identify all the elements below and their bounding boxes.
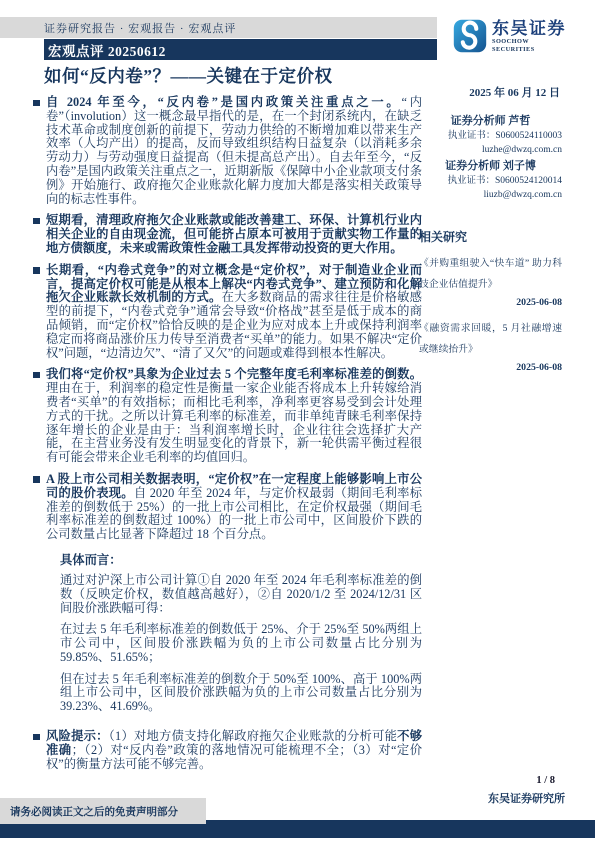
report-date: 2025 年 06 月 12 日 bbox=[419, 84, 562, 100]
sidebar: 2025 年 06 月 12 日 证券分析师 芦哲 执业证书：S06005241… bbox=[419, 84, 562, 383]
report-tag: 宏观点评 20250612 bbox=[48, 40, 166, 60]
bullet-rest: 理由在于，利润率的稳定性是衡量一家企业能否将成本上升转嫁给消费者“买单”的有效指… bbox=[46, 381, 422, 464]
detail-paragraph: 通过对沪深上市公司计算①自 2020 年至 2024 年毛利率标准差的倒数（反映… bbox=[60, 574, 422, 615]
analyst-license: 执业证书：S0600524110003 bbox=[419, 129, 562, 143]
related-item-title[interactable]: 《并购重组驶入“快车道” 助力科技企业估值提升》 bbox=[419, 253, 562, 295]
bullet-paragraph: 自 2024 年至今，“反内卷”是国内政策关注重点之一。“内卷”（involut… bbox=[46, 96, 422, 206]
square-bullet-icon bbox=[33, 264, 46, 361]
report-page: 证券研究报告 · 宏观报告 · 宏观点评 宏观点评 20250612 如何“反内… bbox=[0, 0, 595, 842]
bullet-rest: “内卷”（involution）这一概念最早指代的是，在一个封闭系统内，在缺乏技… bbox=[46, 95, 422, 206]
related-research-item[interactable]: 《融资需求回暖，5 月社融增速或继续抬升》 2025-06-08 bbox=[419, 318, 562, 375]
report-body: 自 2024 年至今，“反内卷”是国内政策关注重点之一。“内卷”（involut… bbox=[33, 96, 422, 779]
analyst-name: 证券分析师 芦哲 bbox=[419, 114, 562, 129]
analyst-block: 证券分析师 芦哲 执业证书：S0600524110003 luzhe@dwzq.… bbox=[419, 114, 562, 157]
page-title: 如何“反内卷”？——关键在于定价权 bbox=[44, 63, 444, 88]
disclaimer-text: 请务必阅读正文之后的免责声明部分 bbox=[10, 804, 178, 819]
breadcrumb-bar: 证券研究报告 · 宏观报告 · 宏观点评 bbox=[0, 17, 437, 38]
related-research-item[interactable]: 《并购重组驶入“快车道” 助力科技企业估值提升》 2025-06-08 bbox=[419, 253, 562, 310]
soochow-logo-icon bbox=[452, 18, 488, 54]
logo-cn: 东吴证券 bbox=[492, 19, 572, 38]
bullet-paragraph: 长期看，“内卷式竞争”的对立概念是“定价权”，对于制造业企业而言，提高定价权可能… bbox=[46, 264, 422, 361]
research-institute: 东吴证券研究所 bbox=[488, 790, 565, 806]
bullet-lead: 我们将“定价权”具象为企业过去 5 个完整年度毛利率标准差的倒数。 bbox=[46, 367, 422, 381]
risk-warning-bullet: 风险提示：（1）对地方债支持化解政府拖欠企业账款的分析可能不够准确；（2）对“反… bbox=[33, 730, 422, 771]
bullet-paragraph: A 股上市公司相关数据表明，“定价权”在一定程度上能够影响上市公司的股价表现。自… bbox=[46, 473, 422, 542]
logo-en: SOOCHOW SECURITIES bbox=[492, 38, 572, 54]
page-number: 1 / 8 bbox=[536, 775, 555, 786]
bullet-lead: 短期看，清理政府拖欠企业账款或能改善建工、环保、计算机行业内相关企业的自由现金流… bbox=[46, 213, 422, 255]
risk-part: （1）对地方债支持化解政府拖欠企业账款的分析可能 bbox=[109, 729, 397, 743]
bullet-lead: 自 2024 年至今，“反内卷”是国内政策关注重点之一。 bbox=[46, 95, 401, 109]
summary-bullet: A 股上市公司相关数据表明，“定价权”在一定程度上能够影响上市公司的股价表现。自… bbox=[33, 473, 422, 542]
related-item-date: 2025-06-08 bbox=[419, 360, 562, 375]
disclaimer-box: 请务必阅读正文之后的免责声明部分 bbox=[0, 798, 206, 824]
analyst-email-link[interactable]: luzhe@dwzq.com.cn bbox=[419, 143, 562, 157]
square-bullet-icon bbox=[33, 214, 46, 255]
analyst-name: 证券分析师 刘子博 bbox=[419, 159, 562, 174]
related-research-title: 相关研究 bbox=[419, 228, 562, 245]
summary-bullet: 长期看，“内卷式竞争”的对立概念是“定价权”，对于制造业企业而言，提高定价权可能… bbox=[33, 264, 422, 361]
bullet-paragraph: 我们将“定价权”具象为企业过去 5 个完整年度毛利率标准差的倒数。理由在于，利润… bbox=[46, 368, 422, 465]
risk-lead: 风险提示： bbox=[46, 729, 109, 743]
risk-paragraph: 风险提示：（1）对地方债支持化解政府拖欠企业账款的分析可能不够准确；（2）对“反… bbox=[46, 730, 422, 771]
related-item-date: 2025-06-08 bbox=[419, 295, 562, 310]
brand-logo: 东吴证券 SOOCHOW SECURITIES bbox=[452, 18, 572, 54]
square-bullet-icon bbox=[33, 368, 46, 465]
related-item-title[interactable]: 《融资需求回暖，5 月社融增速或继续抬升》 bbox=[419, 318, 562, 360]
analyst-email-link[interactable]: liuzb@dwzq.com.cn bbox=[419, 188, 562, 202]
logo-text: 东吴证券 SOOCHOW SECURITIES bbox=[492, 19, 572, 54]
summary-bullet: 我们将“定价权”具象为企业过去 5 个完整年度毛利率标准差的倒数。理由在于，利润… bbox=[33, 368, 422, 465]
detail-paragraph: 但在过去 5 年毛利率标准差的倒数介于 50%至 100%、高于 100%两组上… bbox=[60, 673, 422, 714]
square-bullet-icon bbox=[33, 96, 46, 206]
risk-part: ；（2）对“反内卷”政策的落地情况可能梳理不全；（3）对“定价权”的衡量方法可能… bbox=[46, 743, 422, 771]
detail-paragraph: 在过去 5 年毛利率标准差的倒数低于 25%、介于 25%至 50%两组上市公司… bbox=[60, 623, 422, 664]
summary-bullet: 自 2024 年至今，“反内卷”是国内政策关注重点之一。“内卷”（involut… bbox=[33, 96, 422, 206]
analyst-license: 执业证书：S0600524120014 bbox=[419, 174, 562, 188]
related-research: 相关研究 《并购重组驶入“快车道” 助力科技企业估值提升》 2025-06-08… bbox=[419, 228, 562, 375]
report-tag-bar: 宏观点评 20250612 bbox=[44, 39, 437, 60]
detail-heading: 具体而言： bbox=[60, 550, 422, 568]
breadcrumb: 证券研究报告 · 宏观报告 · 宏观点评 bbox=[44, 20, 236, 36]
analyst-block: 证券分析师 刘子博 执业证书：S0600524120014 liuzb@dwzq… bbox=[419, 159, 562, 202]
square-bullet-icon bbox=[33, 730, 46, 771]
summary-bullet: 短期看，清理政府拖欠企业账款或能改善建工、环保、计算机行业内相关企业的自由现金流… bbox=[33, 214, 422, 255]
square-bullet-icon bbox=[33, 473, 46, 542]
bullet-paragraph: 短期看，清理政府拖欠企业账款或能改善建工、环保、计算机行业内相关企业的自由现金流… bbox=[46, 214, 422, 255]
